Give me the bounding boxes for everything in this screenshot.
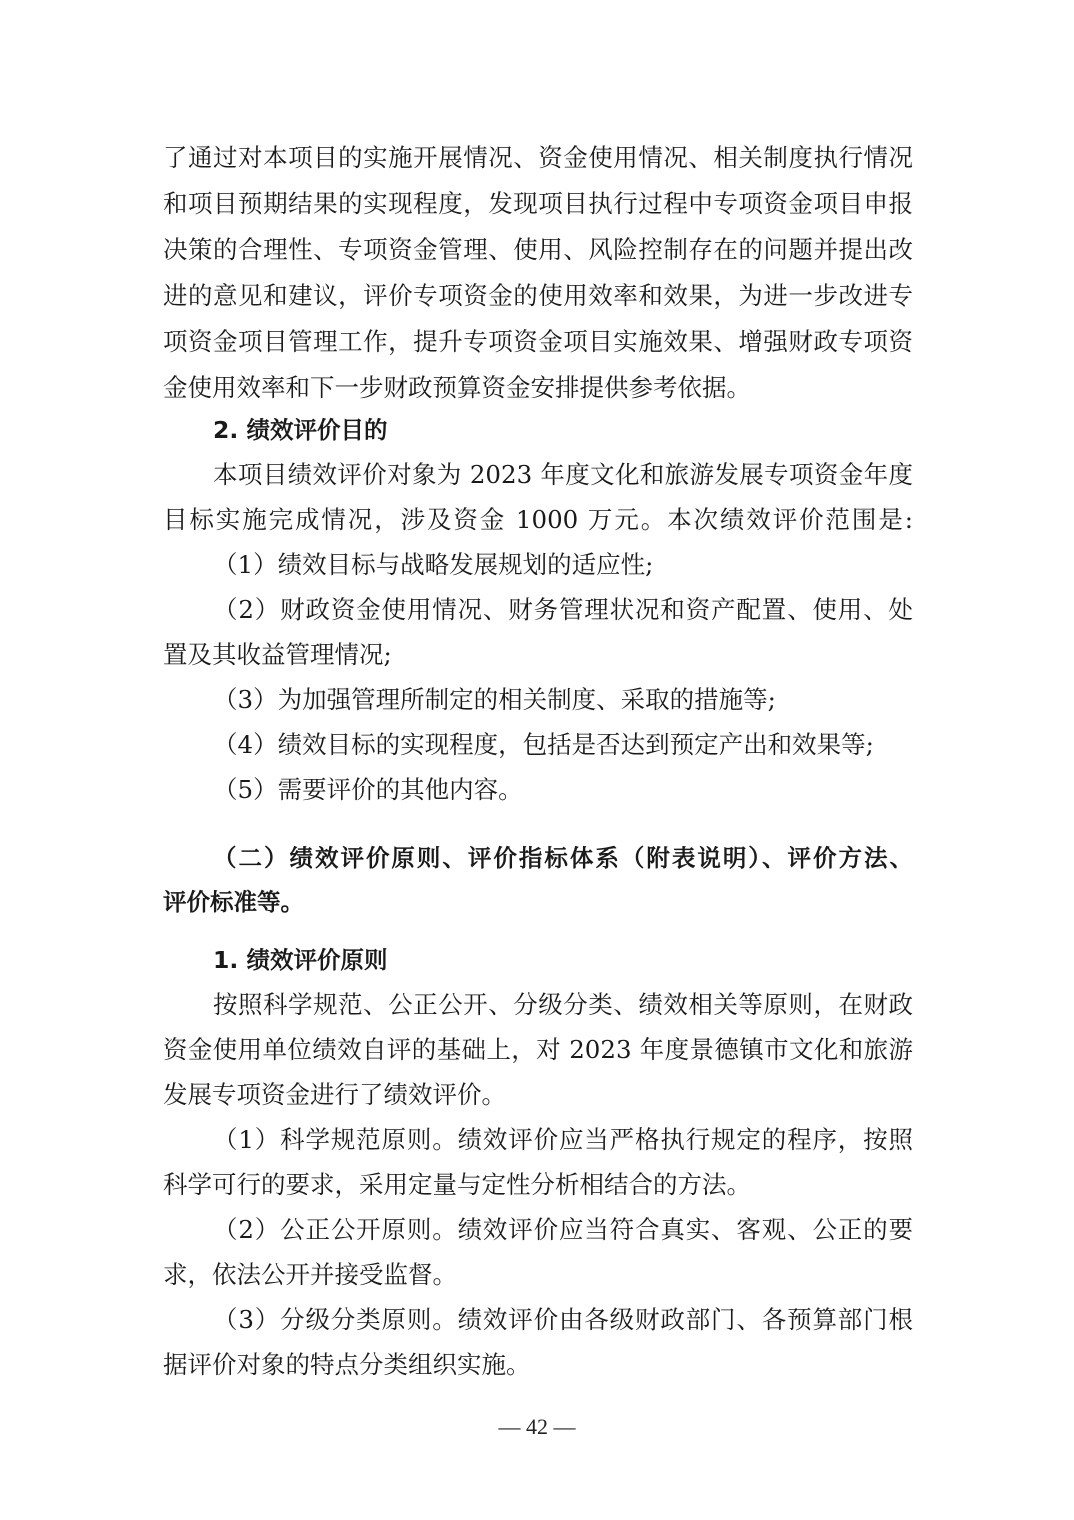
- paragraph-line: 金使用效率和下一步财政预算资金安排提供参考依据。: [163, 368, 913, 408]
- paragraph-line: （5）需要评价的其他内容。: [213, 770, 913, 810]
- subsection-heading: 1. 绩效评价原则: [213, 940, 963, 980]
- paragraph-line: 据评价对象的特点分类组织实施。: [163, 1345, 913, 1385]
- paragraph-line: （1）科学规范原则。绩效评价应当严格执行规定的程序，按照: [213, 1120, 913, 1160]
- paragraph-line: 本项目绩效评价对象为 2023 年度文化和旅游发展专项资金年度: [213, 455, 913, 495]
- paragraph-line: （3）分级分类原则。绩效评价由各级财政部门、各预算部门根: [213, 1300, 913, 1340]
- document-page: 了通过对本项目的实施开展情况、资金使用情况、相关制度执行情况和项目预期结果的实现…: [0, 0, 1074, 1520]
- paragraph-line: 按照科学规范、公正公开、分级分类、绩效相关等原则，在财政: [213, 985, 913, 1025]
- paragraph-line: 和项目预期结果的实现程度，发现项目执行过程中专项资金项目申报: [163, 184, 913, 224]
- section-heading-line: （二）绩效评价原则、评价指标体系（附表说明）、评价方法、: [213, 838, 913, 878]
- paragraph-line: 了通过对本项目的实施开展情况、资金使用情况、相关制度执行情况: [163, 138, 913, 178]
- paragraph-line: （3）为加强管理所制定的相关制度、采取的措施等;: [213, 680, 913, 720]
- page-number: — 42 —: [0, 1412, 1074, 1442]
- paragraph-line: 进的意见和建议，评价专项资金的使用效率和效果，为进一步改进专: [163, 276, 913, 316]
- subsection-heading: 2. 绩效评价目的: [213, 410, 963, 450]
- paragraph-line: （4）绩效目标的实现程度，包括是否达到预定产出和效果等;: [213, 725, 913, 765]
- paragraph-line: 决策的合理性、专项资金管理、使用、风险控制存在的问题并提出改: [163, 230, 913, 270]
- paragraph-line: （2）财政资金使用情况、财务管理状况和资产配置、使用、处: [213, 590, 913, 630]
- paragraph-line: （2）公正公开原则。绩效评价应当符合真实、客观、公正的要: [213, 1210, 913, 1250]
- paragraph-line: 目标实施完成情况，涉及资金 1000 万元。本次绩效评价范围是:: [163, 500, 913, 540]
- paragraph-line: （1）绩效目标与战略发展规划的适应性;: [213, 545, 913, 585]
- paragraph-line: 求，依法公开并接受监督。: [163, 1255, 913, 1295]
- paragraph-line: 项资金项目管理工作，提升专项资金项目实施效果、增强财政专项资: [163, 322, 913, 362]
- paragraph-line: 发展专项资金进行了绩效评价。: [163, 1075, 913, 1115]
- paragraph-line: 科学可行的要求，采用定量与定性分析相结合的方法。: [163, 1165, 913, 1205]
- paragraph-line: 资金使用单位绩效自评的基础上，对 2023 年度景德镇市文化和旅游: [163, 1030, 913, 1070]
- section-heading-line: 评价标准等。: [163, 882, 913, 922]
- paragraph-line: 置及其收益管理情况;: [163, 635, 913, 675]
